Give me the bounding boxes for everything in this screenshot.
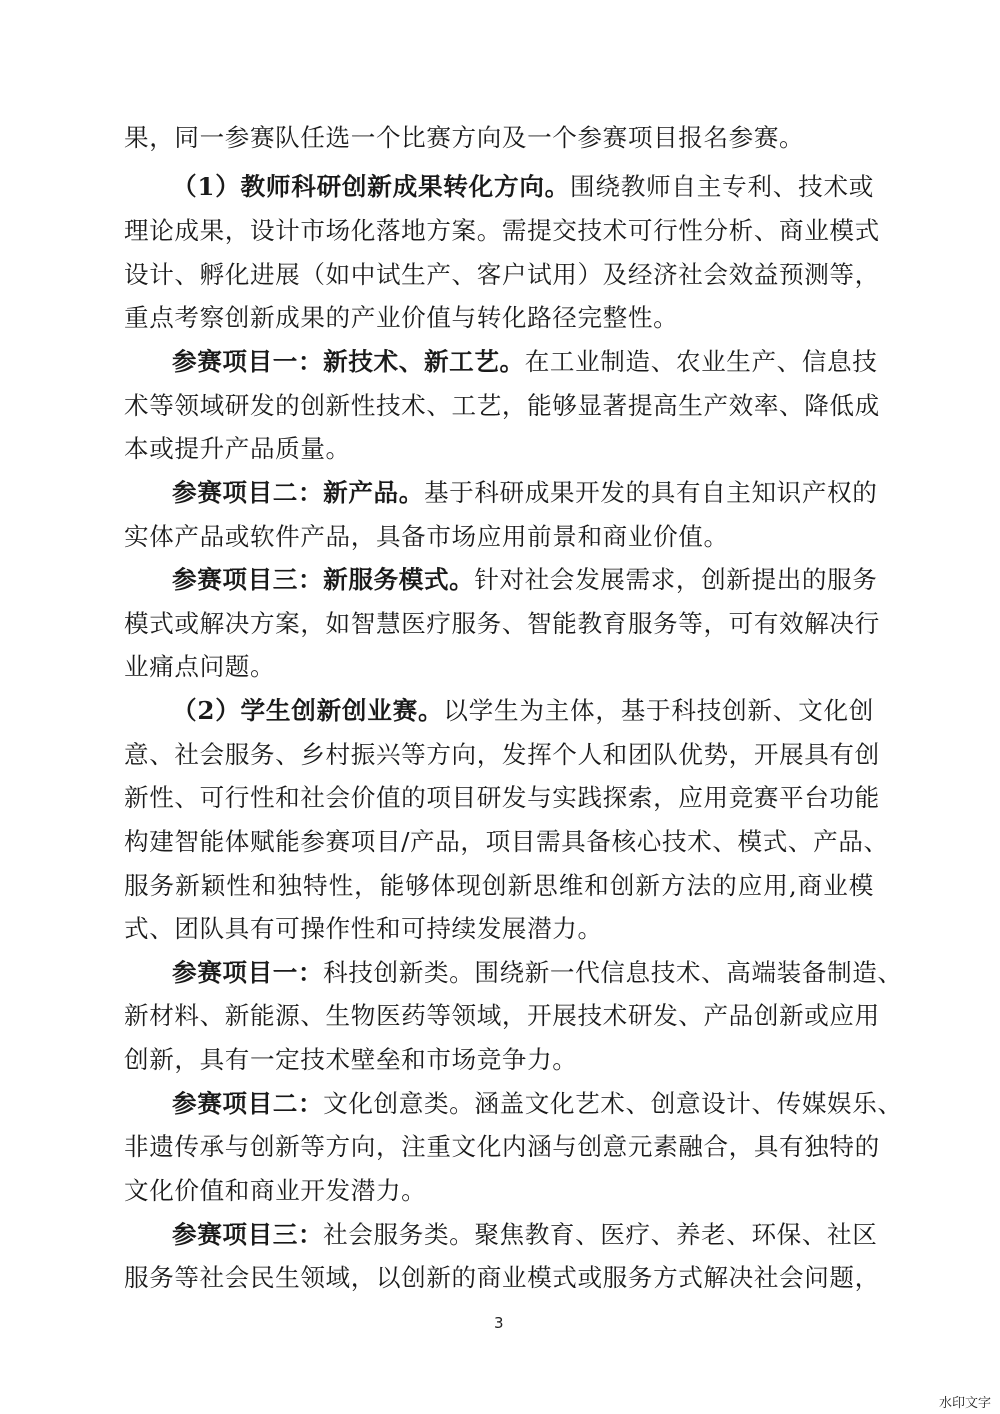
line-text: 构建智能体赋能参赛项目/产品，项目需具备核心技术、模式、产品、 (124, 827, 889, 856)
line-text: 非遗传承与创新等方向，注重文化内涵与创意元素融合，具有独特的 (124, 1132, 880, 1161)
line-text: 针对社会发展需求，创新提出的服务 (474, 565, 877, 594)
line-text: 果，同一参赛队任选一个比赛方向及一个参赛项目报名参赛。 (124, 123, 804, 152)
text-line: 模式或解决方案，如智慧医疗服务、智能教育服务等，可有效解决行 (124, 604, 874, 644)
text-line: 服务等社会民生领域，以创新的商业模式或服务方式解决社会问题， (124, 1258, 874, 1298)
line-text: 本或提升产品质量。 (124, 434, 351, 463)
text-line: 理论成果，设计市场化落地方案。需提交技术可行性分析、商业模式 (124, 211, 874, 251)
bold-lead: 参赛项目三：新服务模式。 (172, 565, 474, 594)
line-text: 文化价值和商业开发潜力。 (124, 1176, 426, 1205)
text-line: 术等领域研发的创新性技术、工艺，能够显著提高生产效率、降低成 (124, 386, 874, 426)
line-text: 式、团队具有可操作性和可持续发展潜力。 (124, 914, 603, 943)
text-line: 实体产品或软件产品，具备市场应用前景和商业价值。 (124, 517, 874, 557)
text-line: 果，同一参赛队任选一个比赛方向及一个参赛项目报名参赛。 (124, 118, 874, 158)
text-line: 新材料、新能源、生物医药等领域，开展技术研发、产品创新或应用 (124, 996, 874, 1036)
line-text: 围绕教师自主专利、技术或 (570, 172, 874, 201)
line-text: 重点考察创新成果的产业价值与转化路径完整性。 (124, 303, 678, 332)
line-text: 模式或解决方案，如智慧医疗服务、智能教育服务等，可有效解决行 (124, 609, 880, 638)
line-text: 设计、孵化进展（如中试生产、客户试用）及经济社会效益预测等， (124, 260, 880, 289)
text-line: 服务新颖性和独特性，能够体现创新思维和创新方法的应用,商业模 (124, 866, 874, 906)
line-text: 理论成果，设计市场化落地方案。需提交技术可行性分析、商业模式 (124, 216, 880, 245)
line-text: 在工业制造、农业生产、信息技 (525, 347, 878, 376)
text-line: 意、社会服务、乡村振兴等方向，发挥个人和团队优势，开展具有创 (124, 735, 874, 775)
line-text: 文化创意类。涵盖文化艺术、创意设计、传媒娱乐、 (323, 1089, 902, 1118)
bold-lead: （2）学生创新创业赛。 (172, 696, 443, 725)
section-heading-line: （2）学生创新创业赛。以学生为主体，基于科技创新、文化创 (172, 691, 874, 731)
line-text: 意、社会服务、乡村振兴等方向，发挥个人和团队优势，开展具有创 (124, 740, 880, 769)
item-heading-line: 参赛项目三：新服务模式。针对社会发展需求，创新提出的服务 (172, 560, 874, 600)
item-heading-line: 参赛项目二：新产品。基于科研成果开发的具有自主知识产权的 (172, 473, 874, 513)
text-line: 构建智能体赋能参赛项目/产品，项目需具备核心技术、模式、产品、 (124, 822, 874, 862)
item-heading-line: 参赛项目一：新技术、新工艺。在工业制造、农业生产、信息技 (172, 342, 874, 382)
text-line: 重点考察创新成果的产业价值与转化路径完整性。 (124, 298, 874, 338)
bold-lead: 参赛项目一：新技术、新工艺。 (172, 347, 525, 376)
page-number: 3 (494, 1314, 504, 1332)
text-line: 非遗传承与创新等方向，注重文化内涵与创意元素融合，具有独特的 (124, 1127, 874, 1167)
line-text: 术等领域研发的创新性技术、工艺，能够显著提高生产效率、降低成 (124, 391, 880, 420)
document-page: 果，同一参赛队任选一个比赛方向及一个参赛项目报名参赛。 （1）教师科研创新成果转… (0, 0, 1000, 1414)
line-text: 创新，具有一定技术壁垒和市场竞争力。 (124, 1045, 578, 1074)
bold-lead: 参赛项目一： (172, 958, 323, 987)
line-text: 以学生为主体，基于科技创新、文化创 (443, 696, 874, 725)
line-text: 基于科研成果开发的具有自主知识产权的 (424, 478, 878, 507)
item-heading-line: 参赛项目二：文化创意类。涵盖文化艺术、创意设计、传媒娱乐、 (172, 1084, 874, 1124)
line-text: 服务新颖性和独特性，能够体现创新思维和创新方法的应用,商业模 (124, 871, 874, 900)
bold-lead: 参赛项目三： (172, 1220, 323, 1249)
text-line: 本或提升产品质量。 (124, 429, 874, 469)
section-heading-line: （1）教师科研创新成果转化方向。围绕教师自主专利、技术或 (172, 167, 874, 207)
bold-lead: 参赛项目二： (172, 1089, 323, 1118)
text-line: 式、团队具有可操作性和可持续发展潜力。 (124, 909, 874, 949)
line-text: 实体产品或软件产品，具备市场应用前景和商业价值。 (124, 522, 729, 551)
item-heading-line: 参赛项目一：科技创新类。围绕新一代信息技术、高端装备制造、 (172, 953, 874, 993)
text-line: 业痛点问题。 (124, 647, 874, 687)
item-heading-line: 参赛项目三：社会服务类。聚焦教育、医疗、养老、环保、社区 (172, 1215, 874, 1255)
line-text: 新性、可行性和社会价值的项目研发与实践探索，应用竞赛平台功能 (124, 783, 880, 812)
line-text: 科技创新类。围绕新一代信息技术、高端装备制造、 (323, 958, 902, 987)
text-line: 文化价值和商业开发潜力。 (124, 1171, 874, 1211)
text-line: 设计、孵化进展（如中试生产、客户试用）及经济社会效益预测等， (124, 255, 874, 295)
line-text: 业痛点问题。 (124, 652, 275, 681)
bold-lead: （1）教师科研创新成果转化方向。 (172, 172, 570, 201)
line-text: 社会服务类。聚焦教育、医疗、养老、环保、社区 (323, 1220, 877, 1249)
text-line: 新性、可行性和社会价值的项目研发与实践探索，应用竞赛平台功能 (124, 778, 874, 818)
line-text: 新材料、新能源、生物医药等领域，开展技术研发、产品创新或应用 (124, 1001, 880, 1030)
watermark-text: 水印文字 (939, 1392, 991, 1411)
text-line: 创新，具有一定技术壁垒和市场竞争力。 (124, 1040, 874, 1080)
bold-lead: 参赛项目二：新产品。 (172, 478, 424, 507)
line-text: 服务等社会民生领域，以创新的商业模式或服务方式解决社会问题， (124, 1263, 880, 1292)
